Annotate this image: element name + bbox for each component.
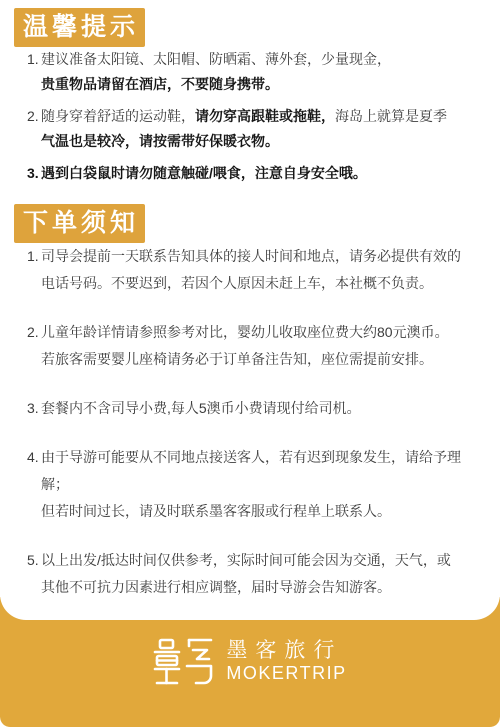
order-notes-badge: 下单须知 (14, 204, 145, 243)
item-text: 随身穿着舒适的运动鞋，请勿穿高跟鞋或拖鞋，海岛上就算是夏季 气温也是较冷，请按需… (41, 104, 486, 154)
item-text: 由于导游可能要从不同地点接送客人，若有迟到现象发生，请给予理解； 但若时间过长，… (41, 444, 486, 525)
text-run: 随身穿着舒适的运动鞋， (41, 108, 195, 124)
list-item: 4. 由于导游可能要从不同地点接送客人，若有迟到现象发生，请给予理解； 但若时间… (27, 444, 486, 525)
content-card: 温馨提示 1. 建议准备太阳镜、太阳帽、防晒霜、薄外套，少量现金， 贵重物品请留… (0, 0, 500, 620)
item-number: 1. (27, 47, 41, 97)
text-run-bold: 贵重物品请留在酒店，不要随身携带。 (41, 76, 279, 92)
item-number: 2. (27, 104, 41, 154)
text-run: 电话号码。不要迟到，若因个人原因未赶上车，本社概不负责。 (41, 275, 433, 291)
brand-name-en: MOKERTRIP (226, 663, 346, 685)
item-number: 4. (27, 444, 41, 525)
text-run-bold: 请勿穿高跟鞋或拖鞋， (195, 108, 335, 124)
item-text: 建议准备太阳镜、太阳帽、防晒霜、薄外套，少量现金， 贵重物品请留在酒店，不要随身… (41, 47, 486, 97)
order-notes-list: 1. 司导会提前一天联系告知具体的接人时间和地点，请务必提供有效的 电话号码。不… (14, 243, 486, 601)
list-item: 2. 儿童年龄详情请参照参考对比，婴幼儿收取座位费大约80元澳币。 若旅客需要婴… (27, 319, 486, 373)
notice-page: 温馨提示 1. 建议准备太阳镜、太阳帽、防晒霜、薄外套，少量现金， 贵重物品请留… (0, 0, 500, 727)
text-run: 由于导游可能要从不同地点接送客人，若有迟到现象发生，请给予理解； (41, 449, 461, 492)
text-run: 建议准备太阳镜、太阳帽、防晒霜、薄外套，少量现金， (41, 51, 391, 67)
item-number: 5. (27, 547, 41, 601)
text-run: 其他不可抗力因素进行相应调整，届时导游会告知游客。 (41, 579, 391, 595)
text-run: 儿童年龄详情请参照参考对比，婴幼儿收取座位费大约80元澳币。 (41, 324, 449, 340)
order-notes-badge-wrap: 下单须知 (14, 204, 486, 243)
section-order-notes: 下单须知 1. 司导会提前一天联系告知具体的接人时间和地点，请务必提供有效的 电… (14, 204, 486, 601)
item-text: 以上出发/抵达时间仅供参考，实际时间可能会因为交通，天气，或 其他不可抗力因素进… (41, 547, 486, 601)
list-item: 3. 遇到白袋鼠时请勿随意触碰/喂食，注意自身安全哦。 (27, 161, 486, 186)
item-number: 2. (27, 319, 41, 373)
text-run-bold: 遇到白袋鼠时请勿随意触碰/喂食，注意自身安全哦。 (41, 165, 367, 181)
text-run-bold: 气温也是较冷，请按需带好保暖衣物。 (41, 133, 279, 149)
item-text: 司导会提前一天联系告知具体的接人时间和地点，请务必提供有效的 电话号码。不要迟到… (41, 243, 486, 297)
warm-tips-badge: 温馨提示 (14, 8, 145, 47)
text-run: 但若时间过长，请及时联系墨客客服或行程单上联系人。 (41, 503, 391, 519)
brand-name-cn: 墨客旅行 (226, 639, 346, 663)
item-text: 遇到白袋鼠时请勿随意触碰/喂食，注意自身安全哦。 (41, 161, 486, 186)
mokertrip-logo-icon (153, 638, 215, 686)
list-item: 1. 建议准备太阳镜、太阳帽、防晒霜、薄外套，少量现金， 贵重物品请留在酒店，不… (27, 47, 486, 97)
item-number: 3. (27, 395, 41, 422)
item-number: 3. (27, 161, 41, 186)
text-run: 司导会提前一天联系告知具体的接人时间和地点，请务必提供有效的 (41, 248, 461, 264)
text-run: 以上出发/抵达时间仅供参考，实际时间可能会因为交通，天气，或 (41, 552, 451, 568)
item-text: 儿童年龄详情请参照参考对比，婴幼儿收取座位费大约80元澳币。 若旅客需要婴儿座椅… (41, 319, 486, 373)
text-run: 套餐内不含司导小费,每人5澳币小费请现付给司机。 (41, 400, 361, 416)
item-number: 1. (27, 243, 41, 297)
section-warm-tips: 温馨提示 1. 建议准备太阳镜、太阳帽、防晒霜、薄外套，少量现金， 贵重物品请留… (14, 8, 486, 186)
warm-tips-list: 1. 建议准备太阳镜、太阳帽、防晒霜、薄外套，少量现金， 贵重物品请留在酒店，不… (14, 47, 486, 186)
list-item: 3. 套餐内不含司导小费,每人5澳币小费请现付给司机。 (27, 395, 486, 422)
list-item: 1. 司导会提前一天联系告知具体的接人时间和地点，请务必提供有效的 电话号码。不… (27, 243, 486, 297)
item-text: 套餐内不含司导小费,每人5澳币小费请现付给司机。 (41, 395, 486, 422)
list-item: 5. 以上出发/抵达时间仅供参考，实际时间可能会因为交通，天气，或 其他不可抗力… (27, 547, 486, 601)
text-run: 若旅客需要婴儿座椅请务必于订单备注告知，座位需提前安排。 (41, 351, 433, 367)
mokertrip-logo: 墨客旅行 MOKERTRIP (153, 638, 346, 686)
text-run: 海岛上就算是夏季 (335, 108, 447, 124)
brand-text: 墨客旅行 MOKERTRIP (226, 639, 346, 685)
list-item: 2. 随身穿着舒适的运动鞋，请勿穿高跟鞋或拖鞋，海岛上就算是夏季 气温也是较冷，… (27, 104, 486, 154)
